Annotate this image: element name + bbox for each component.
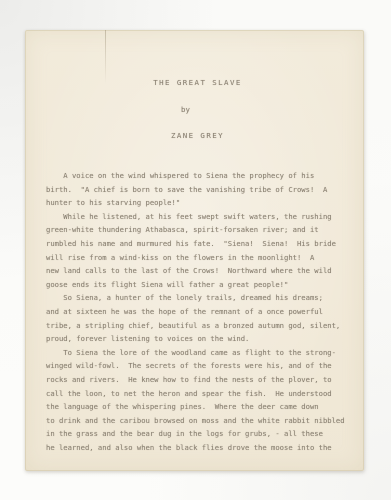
typed-line: So Siena, a hunter of the lonely trails,… <box>46 291 356 305</box>
typed-line: will rise from a wind-kiss on the flower… <box>46 251 356 265</box>
paper-crease <box>105 30 106 84</box>
typed-line: rumbled his name and murmured his fate. … <box>46 237 356 251</box>
typed-line: new land calls to the last of the Crows!… <box>46 264 356 278</box>
typed-line: and at sixteen he was the hope of the re… <box>46 305 356 319</box>
typed-line: tribe, a stripling chief, beautiful as a… <box>46 319 356 333</box>
typed-line: winged wild-fowl. The secrets of the for… <box>46 359 356 373</box>
typed-body: A voice on the wind whispered to Siena t… <box>46 169 356 454</box>
typed-line: in the grass and the bear dug in the log… <box>46 427 356 441</box>
typed-line: goose ends its flight Siena will father … <box>46 278 356 292</box>
typed-line: proud, forever listening to voices on th… <box>46 332 356 346</box>
document-title: THE GREAT SLAVE <box>28 78 367 87</box>
typed-line: birth. "A chief is born to save the vani… <box>46 183 356 197</box>
typed-line: A voice on the wind whispered to Siena t… <box>46 169 356 183</box>
typed-line: While he listened, at his feet swept swi… <box>46 210 356 224</box>
typed-line: call the loon, to net the heron and spea… <box>46 387 356 401</box>
typed-line: to drink and the caribou browsed on moss… <box>46 414 356 428</box>
typed-line: hunter to his starving people!" <box>46 196 356 210</box>
typed-line: he learned, and also when the black flie… <box>46 441 356 455</box>
typed-line: To Siena the lore of the woodland came a… <box>46 346 356 360</box>
manuscript-page: THE GREAT SLAVE by ZANE GREY A voice on … <box>25 30 364 471</box>
typed-line: green-white thundering Athabasca, spirit… <box>46 223 356 237</box>
byline-prefix: by <box>16 105 355 114</box>
typed-line: the language of the whispering pines. Wh… <box>46 400 356 414</box>
author-name: ZANE GREY <box>28 131 367 140</box>
typed-line: rocks and rivers. He knew how to find th… <box>46 373 356 387</box>
